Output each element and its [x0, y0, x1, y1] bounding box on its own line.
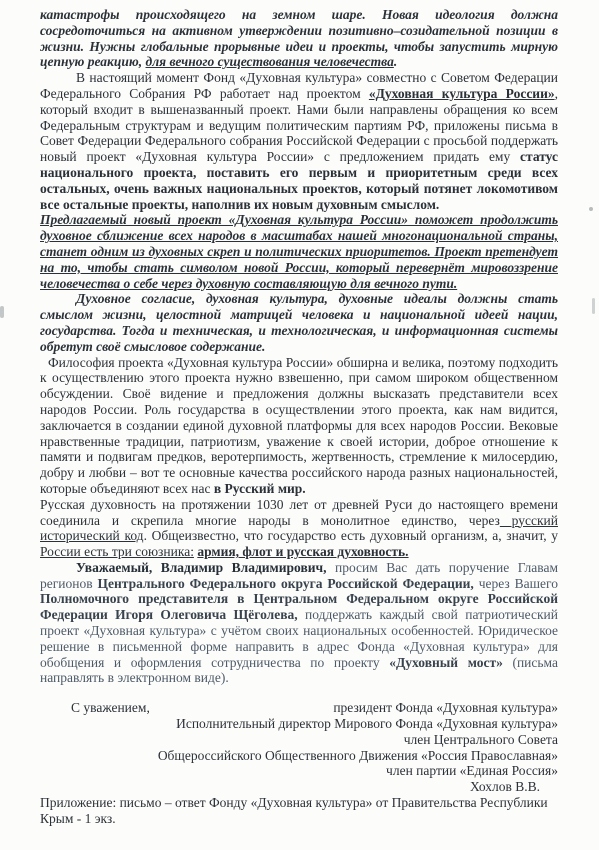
- scan-artifact: [0, 306, 4, 318]
- text-run: через Вашего: [474, 576, 558, 591]
- text-run: . Общеизвестно, что государство есть дух…: [144, 528, 558, 543]
- scan-artifact: [592, 298, 595, 314]
- text-run: армия, флот и русская духовность.: [197, 544, 408, 559]
- document-page: катастрофы происходящего на земном шаре.…: [0, 0, 599, 850]
- text-run: Русская духовность на протяжении 1030 ле…: [40, 497, 558, 528]
- letter-body: катастрофы происходящего на земном шаре.…: [40, 7, 558, 686]
- text-run: Центрального Федерального округа Российс…: [98, 576, 474, 591]
- text-run: «Духовная культура России»: [369, 86, 555, 101]
- signatory-title: Исполнительный директор Мирового Фонда «…: [40, 716, 558, 732]
- text-run: Духовное согласие, духовная культура, ду…: [40, 291, 558, 353]
- text-run: Уважаемый, Владимир Владимирович,: [76, 560, 327, 575]
- text-run: Философия проекта «Духовная культура Рос…: [40, 355, 558, 496]
- para-current-project: В настоящий момент Фонд «Духовная культу…: [40, 70, 558, 212]
- text-run: для вечного существования человечества: [146, 54, 394, 69]
- signature-block: С уважением, президент Фонда «Духовная к…: [40, 700, 558, 795]
- signatory-name: Хохлов В.В.: [40, 779, 558, 795]
- text-run: .: [394, 54, 397, 69]
- para-spiritual-accord: Духовное согласие, духовная культура, ду…: [40, 291, 558, 354]
- para-russian-spirituality: Русская духовность на протяжении 1030 ле…: [40, 497, 558, 560]
- scan-artifact: [589, 207, 593, 211]
- signatory-title: член Центрального Совета: [40, 732, 558, 748]
- signature-salutation: С уважением,: [71, 700, 150, 716]
- para-philosophy: Философия проекта «Духовная культура Рос…: [40, 355, 558, 497]
- signatory-title: член партии «Единая Россия»: [40, 763, 558, 779]
- text-run: в Русский мир.: [214, 481, 306, 496]
- text-run: России есть три союзника:: [40, 544, 194, 559]
- para-attachment: Приложение: письмо – ответ Фонду «Духовн…: [40, 795, 558, 827]
- attachment-note: Приложение: письмо – ответ Фонду «Духовн…: [40, 795, 558, 827]
- signatory-title: Общероссийского Общественного Движения «…: [40, 748, 558, 764]
- text-run: Приложение: письмо – ответ Фонду «Духовн…: [40, 795, 548, 826]
- para-proposed-project: Предлагаемый новый проект «Духовная куль…: [40, 212, 558, 291]
- text-run: Предлагаемый новый проект «Духовная куль…: [40, 212, 558, 290]
- para-request: Уважаемый, Владимир Владимирович, просим…: [40, 560, 558, 686]
- text-run: «Духовный мост»: [389, 655, 503, 670]
- para-intro-continued: катастрофы происходящего на земном шаре.…: [40, 7, 558, 70]
